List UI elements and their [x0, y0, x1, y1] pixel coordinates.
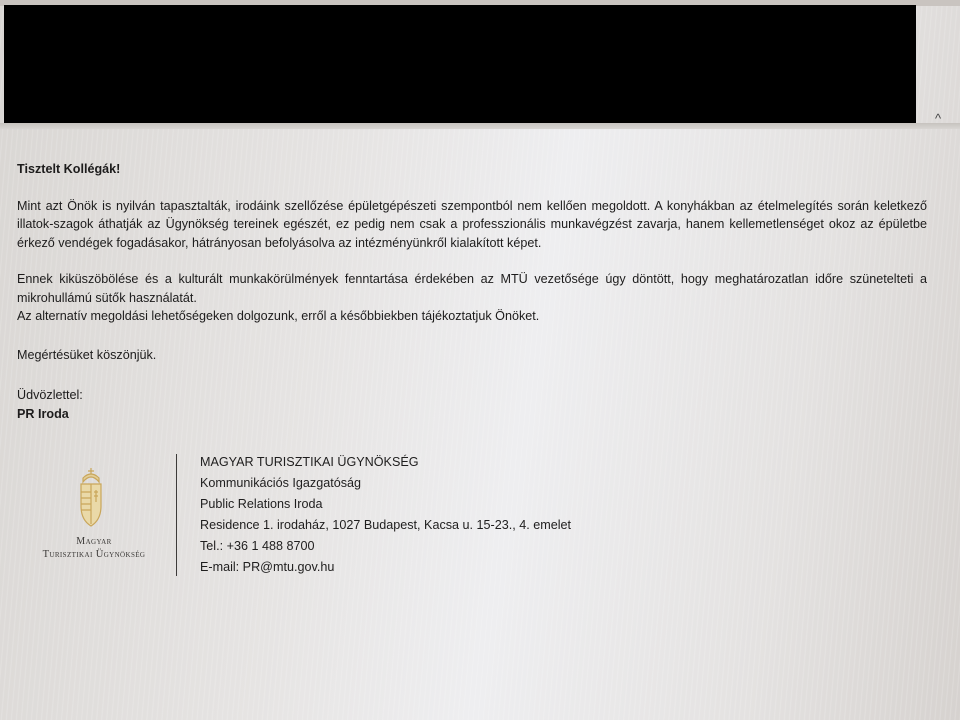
paragraph-2b: Az alternatív megoldási lehetőségeken do… — [17, 307, 927, 326]
paragraph-1: Mint azt Önök is nyilván tapasztalták, i… — [17, 197, 927, 253]
department-name: Kommunikációs Igazgatóság — [200, 473, 571, 494]
office-address: Residence 1. irodaház, 1027 Budapest, Ka… — [200, 515, 571, 536]
email-address-link[interactable]: E-mail: PR@mtu.gov.hu — [200, 557, 571, 578]
sender-name: PR Iroda — [17, 405, 927, 424]
paragraph-2: Ennek kiküszöbölése és a kulturált munka… — [17, 270, 927, 307]
logo-text-line1: Magyar — [14, 536, 174, 547]
chevron-up-icon: ^ — [935, 111, 941, 126]
email-signature: Magyar Turisztikai Ügynökség MAGYAR TURI… — [14, 450, 634, 580]
organization-name: MAGYAR TURISZTIKAI ÜGYNÖKSÉG — [200, 452, 571, 473]
phone-number: Tel.: +36 1 488 8700 — [200, 536, 571, 557]
organization-logo: Magyar Turisztikai Ügynökség — [14, 464, 174, 564]
thanks-line: Megértésüket köszönjük. — [17, 346, 927, 365]
coat-of-arms-icon — [76, 466, 106, 528]
email-body: Tisztelt Kollégák! Mint azt Önök is nyil… — [17, 160, 927, 423]
signature-divider — [176, 454, 177, 576]
closing-line: Üdvözlettel: — [17, 386, 927, 405]
redacted-email-header — [4, 5, 916, 123]
greeting: Tisztelt Kollégák! — [17, 160, 927, 179]
signature-details: MAGYAR TURISZTIKAI ÜGYNÖKSÉG Kommunikáci… — [200, 452, 571, 578]
logo-text-line2: Turisztikai Ügynökség — [14, 549, 174, 560]
header-separator — [0, 123, 960, 129]
collapse-header-button[interactable]: ^ — [928, 110, 948, 126]
office-name: Public Relations Iroda — [200, 494, 571, 515]
